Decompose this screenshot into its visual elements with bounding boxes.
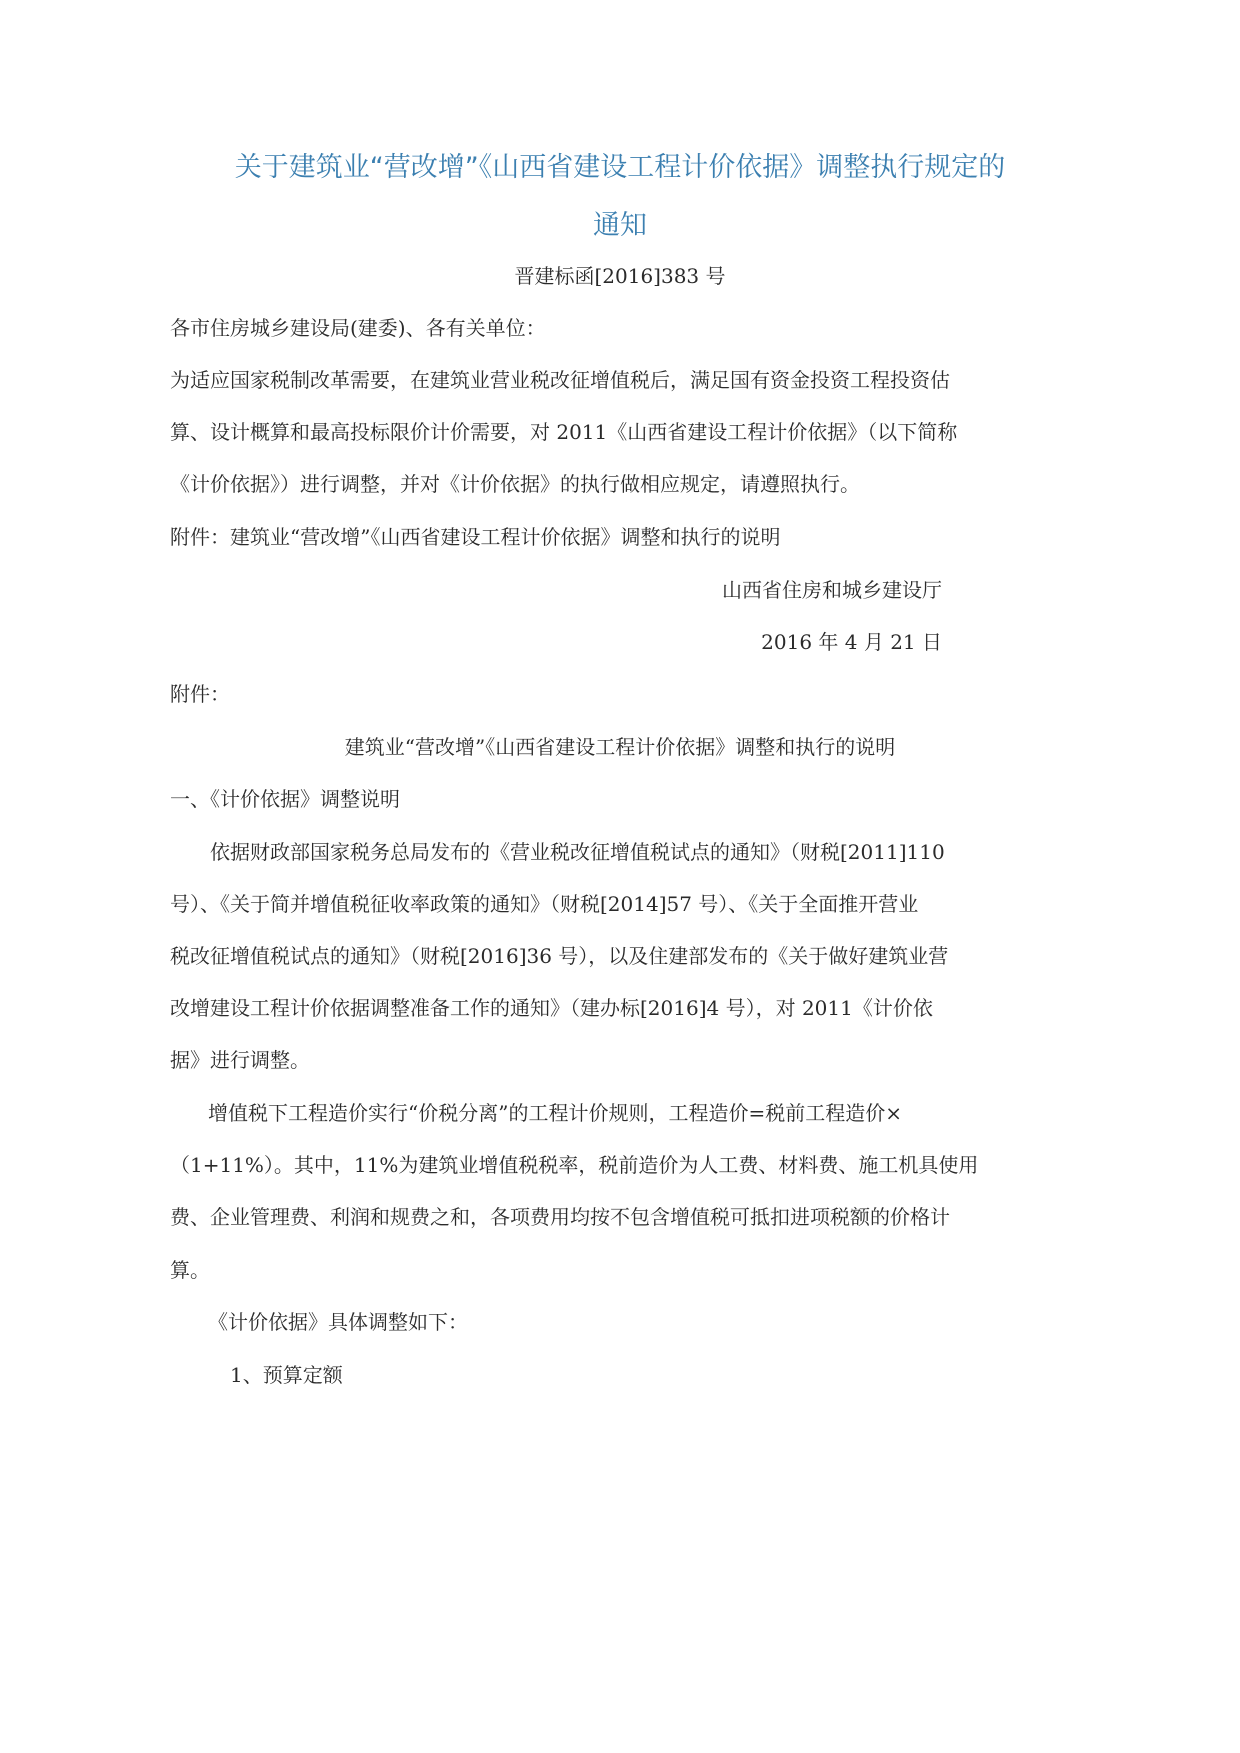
section-1-heading: 一、《计价依据》调整说明 (170, 785, 400, 813)
intro-line-2: 算、设计概算和最高投标限价计价需要，对 2011《山西省建设工程计价依据》（以下… (170, 418, 957, 446)
document-title-line-2: 通知 (170, 208, 1070, 244)
issue-date: 2016 年 4 月 21 日 (761, 628, 942, 656)
document-title-line-1: 关于建筑业“营改增”《山西省建设工程计价依据》调整执行规定的 (160, 150, 1080, 186)
intro-line-3: 《计价依据》）进行调整，并对《计价依据》的执行做相应规定，请遵照执行。 (170, 470, 860, 498)
attachment-title: 建筑业“营改增”《山西省建设工程计价依据》调整和执行的说明 (170, 733, 1070, 761)
section-1-para-3: 《计价依据》具体调整如下： (208, 1308, 468, 1336)
section-1-para-1-line-3: 税改征增值税试点的通知》（财税[2016]36 号），以及住建部发布的《关于做好… (170, 942, 948, 970)
section-1-para-2-line-4: 算。 (170, 1256, 210, 1284)
section-1-para-1-line-4: 改增建设工程计价依据调整准备工作的通知》（建办标[2016]4 号），对 201… (170, 994, 933, 1022)
section-1-para-1-line-1: 依据财政部国家税务总局发布的《营业税改征增值税试点的通知》（财税[2011]11… (210, 838, 945, 866)
section-1-para-2-line-1: 增值税下工程造价实行“价税分离”的工程计价规则，工程造价=税前工程造价× (208, 1099, 902, 1127)
attachment-note: 附件：建筑业“营改增”《山西省建设工程计价依据》调整和执行的说明 (170, 523, 780, 551)
subsection-1-heading: 1、预算定额 (230, 1361, 343, 1389)
section-1-para-1-line-5: 据》进行调整。 (170, 1046, 310, 1074)
document-number: 晋建标函[2016]383 号 (170, 262, 1070, 290)
section-1-para-2-line-3: 费、企业管理费、利润和规费之和，各项费用均按不包含增值税可抵扣进项税额的价格计 (170, 1203, 950, 1231)
document-page: 关于建筑业“营改增”《山西省建设工程计价依据》调整执行规定的 通知 晋建标函[2… (0, 0, 1240, 1753)
addressee: 各市住房城乡建设局(建委)、各有关单位： (170, 314, 546, 342)
intro-line-1: 为适应国家税制改革需要，在建筑业营业税改征增值税后，满足国有资金投资工程投资估 (170, 366, 950, 394)
attachment-label: 附件： (170, 680, 230, 708)
section-1-para-2-line-2: （1+11%）。其中，11%为建筑业增值税税率，税前造价为人工费、材料费、施工机… (170, 1151, 978, 1179)
section-1-para-1-line-2: 号）、《关于简并增值税征收率政策的通知》（财税[2014]57 号）、《关于全面… (170, 890, 918, 918)
issuer: 山西省住房和城乡建设厅 (722, 576, 942, 604)
